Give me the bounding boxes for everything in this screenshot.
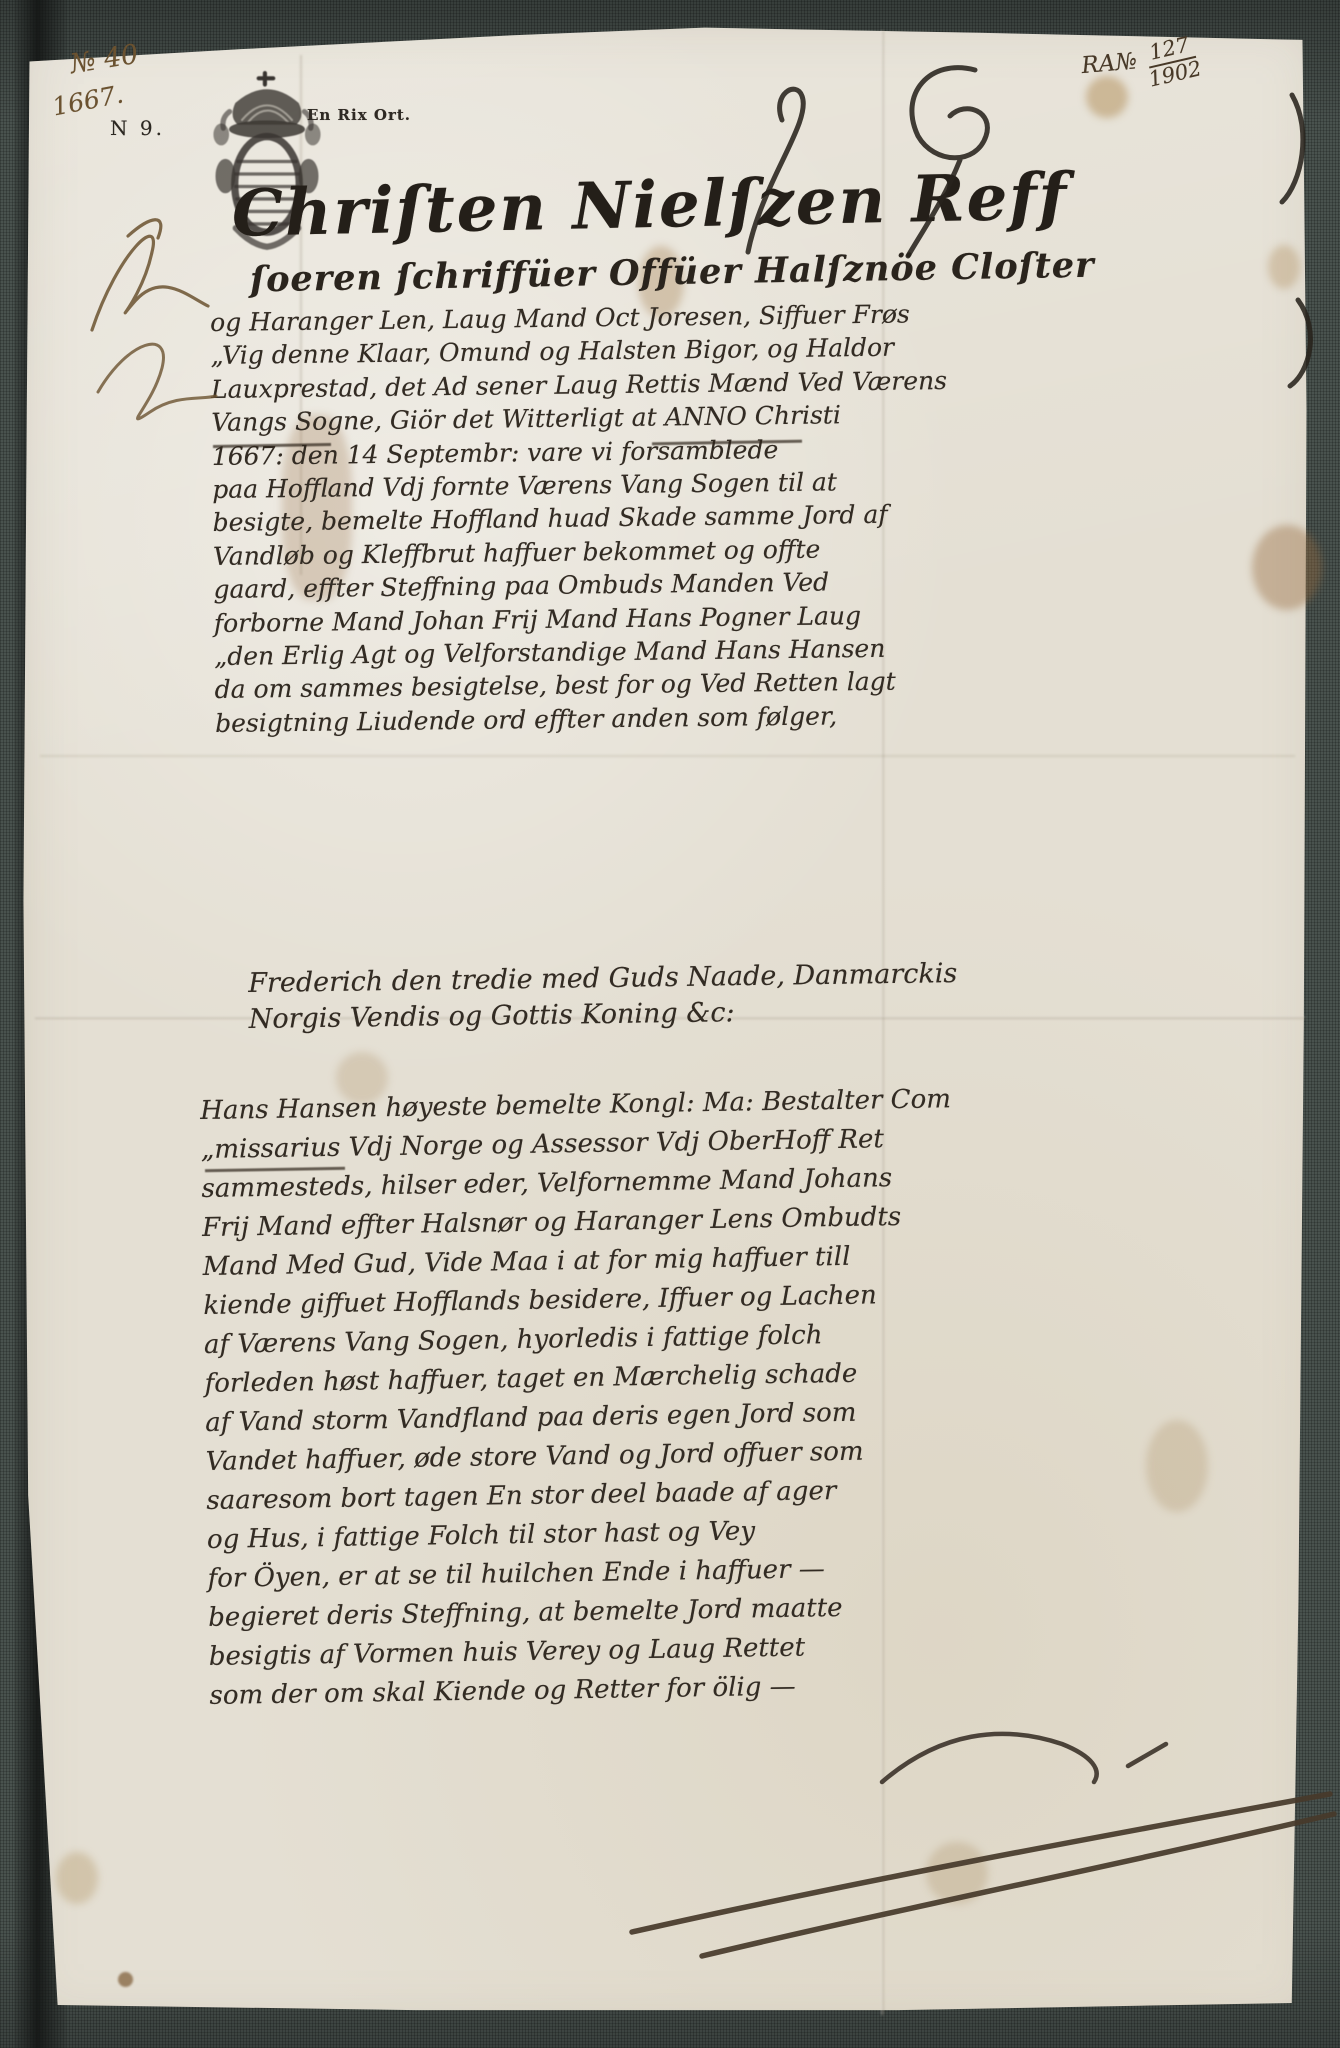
archive-reference-fraction: 127 1902	[1140, 32, 1203, 92]
stamp-denomination-label: En Rix Ort.	[307, 106, 411, 124]
body-paragraph-1: og Haranger Len, Laug Mand Oct Joresen, …	[210, 297, 951, 740]
manuscript-scan: № 40 1667. N 9. RA№ 127 1902 En Rix Ort.…	[0, 0, 1340, 2048]
printed-series-number: N 9.	[110, 116, 165, 140]
royal-title-paragraph: Frederich den tredie med Guds Naade, Dan…	[248, 956, 958, 1038]
archive-reference-prefix: RA№	[1080, 48, 1138, 79]
body-paragraph-2: Hans Hansen høyeste bemelte Kongl: Ma: B…	[200, 1080, 960, 1716]
